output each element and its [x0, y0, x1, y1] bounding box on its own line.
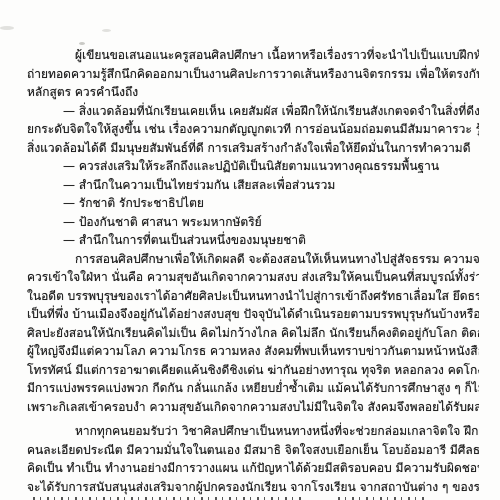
bullet-line-3: — สำนึกในความเป็นไทยร่วมกัน เสียสละเพื่อ… — [27, 176, 479, 195]
text-line-23: คิดเป็น ทำเป็น ทำงานอย่างมีการวางแผน แก้… — [27, 459, 479, 478]
bullet-line-6: — สำนึกในการที่ตนเป็นส่วนหนึ่งของมนุษยชา… — [27, 231, 479, 250]
text-line-3: หลักสูตร ควรคำนึงถึง — [27, 83, 479, 102]
text-line-6: สิ่งแวดล้อมได้ดี มีมนุษยสัมพันธ์ที่ดี กา… — [27, 139, 479, 158]
text-line-16: ศิลปะยังสอนให้นักเรียนคิดไม่เป็น คิดไม่ก… — [27, 324, 479, 343]
text-line-20: เพราะกิเลสเข้าครอบงำ ความสุขอันเกิดจากคว… — [27, 398, 479, 417]
text-line-22: คนละเอียดประณีต มีความมั่นใจในตนเอง มีสม… — [27, 441, 479, 460]
text-line-24: จะได้รับการสนับสนุนส่งเสริมจากผู้ปกครองน… — [27, 478, 479, 497]
text-line-19: มีการแบ่งพรรคแบ่งพวก กีดกัน กลั่นแกล้ง เ… — [27, 379, 479, 398]
scan-smudge — [0, 26, 14, 30]
text-line-21: หากทุกคนยอมรับว่า วิชาศิลปศึกษาเป็นหนทาง… — [27, 422, 479, 441]
scanned-document-page: ผู้เขียนขอเสนอแนะครูสอนศิลปศึกษา เนื้อหา… — [0, 0, 500, 500]
text-line-17: ผู้ใหญ่จึงมีแต่ความโลภ ความโกรธ ความหลง … — [27, 342, 479, 361]
scan-smudge — [79, 42, 85, 45]
scan-smudge — [102, 29, 111, 32]
text-line-13: ควรเข้าใจใฝ่หา นั่นคือ ความสุขอันเกิดจาก… — [27, 268, 479, 287]
text-line-18: โทรทัศน์ มีแต่การอาฆาตเคียดแค้นชิงดีชิงเ… — [27, 361, 479, 380]
bullet-line-5: — ป้องกันชาติ ศาสนา พระมหากษัตริย์ — [27, 213, 479, 232]
bullet-line-2: — ควรส่งเสริมให้ระลึกถึงและปฏิบัติเป็นนิ… — [27, 157, 479, 176]
body-text-block: ผู้เขียนขอเสนอแนะครูสอนศิลปศึกษา เนื้อหา… — [27, 46, 479, 496]
text-line-2: ถ่ายทอดความรู้สึกนึกคิดออกมาเป็นงานศิลปะ… — [27, 65, 479, 84]
text-line-1: ผู้เขียนขอเสนอแนะครูสอนศิลปศึกษา เนื้อหา… — [27, 46, 479, 65]
bullet-line-4: — รักชาติ รักประชาธิปไตย — [27, 194, 479, 213]
text-line-14: ในอดีต บรรพบุรุษของเราได้อาศัยศิลปะเป็นห… — [27, 287, 479, 306]
text-line-15: เป็นที่พึ่ง บ้านเมืองจึงอยู่กันได้อย่างส… — [27, 305, 479, 324]
text-line-5: ยกระดับจิตใจให้สูงขึ้น เช่น เรื่องความกต… — [27, 120, 479, 139]
bullet-line-1: — สิ่งแวดล้อมที่นักเรียนเคยเห็น เคยสัมผั… — [27, 102, 479, 121]
text-line-12: การสอนศิลปศึกษาเพื่อให้เกิดผลดี จะต้องสอ… — [27, 250, 479, 269]
